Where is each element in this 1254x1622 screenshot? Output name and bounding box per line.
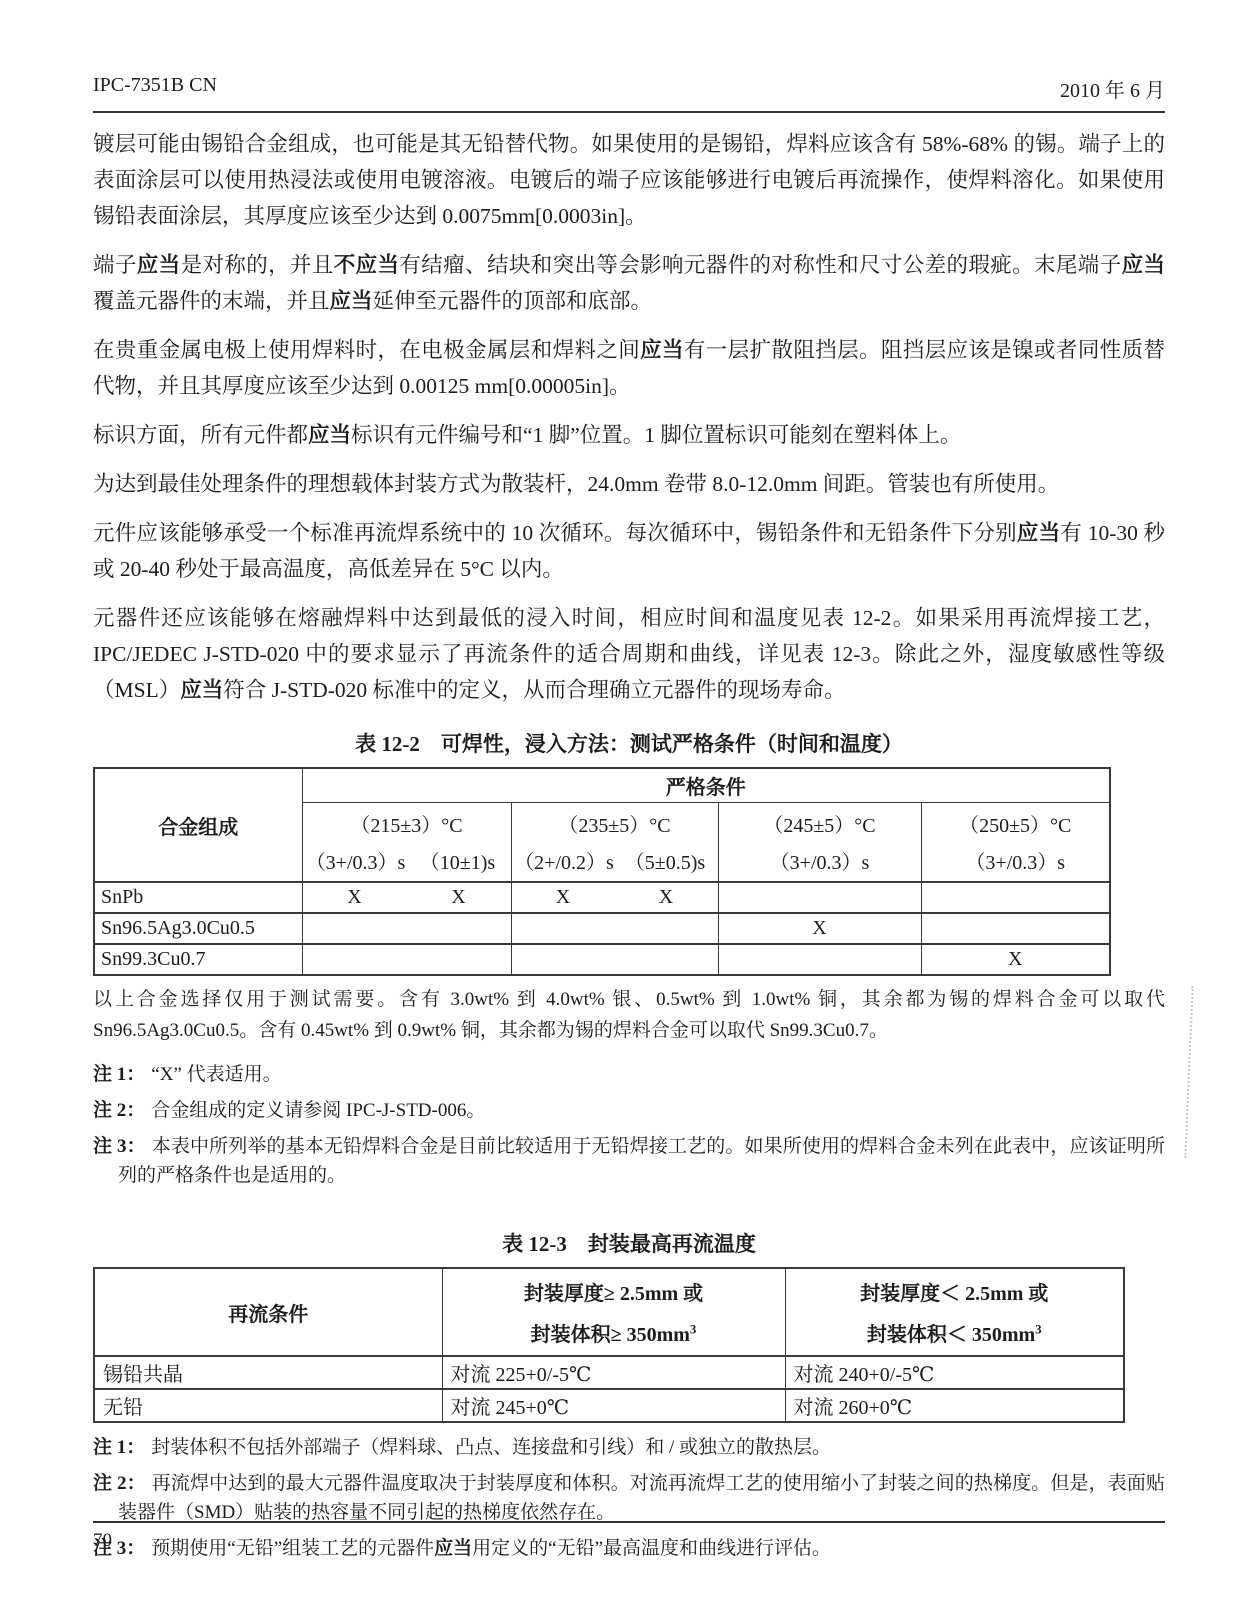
note-label: 注 1： [93, 1064, 145, 1085]
table-cell [718, 944, 921, 975]
table-12-2-header-245: （245±5）°C （3+/0.3）s [718, 802, 921, 882]
table-12-2-header-250: （250±5）°C （3+/0.3）s [921, 802, 1110, 882]
footer-rule [93, 1521, 1165, 1523]
scan-artifact-dotted-line [1184, 986, 1194, 1158]
table-cell [718, 882, 921, 913]
table-cell [921, 882, 1110, 913]
table-12-2-title: 表 12-2 可焊性，浸入方法：测试严格条件（时间和温度） [93, 728, 1165, 758]
paragraph-reflow-cycles: 元件应该能够承受一个标准再流焊系统中的 10 次循环。每次循环中，锡铅条件和无铅… [93, 515, 1165, 587]
paragraph-marking: 标识方面，所有元件都应当标识有元件编号和“1 脚”位置。1 脚位置标识可能刻在塑… [93, 417, 1165, 453]
table-12-2-header-235: （235±5）°C （2+/0.2）s（5±0.5)s [511, 802, 718, 882]
table-cell: 对流 245+0℃ [442, 1389, 785, 1422]
page-content: IPC-7351B CN 2010 年 6 月 镀层可能由锡铅合金组成，也可能是… [93, 0, 1165, 1563]
reflow-condition: 无铅 [94, 1389, 442, 1422]
table-12-2-header-215: （215±3）°C （3+/0.3）s（10±1)s [302, 802, 511, 882]
paragraph-barrier-layer: 在贵重金属电极上使用焊料时，在电极金属层和焊料之间应当有一层扩散阻挡层。阻挡层应… [93, 332, 1165, 404]
note-item: 注 3：本表中所列举的基本无铅焊料合金是目前比较适用于无铅焊接工艺的。如果所使用… [93, 1132, 1165, 1190]
table-row-sn99: Sn99.3Cu0.7 X [94, 944, 1110, 975]
table-row-sn96: Sn96.5Ag3.0Cu0.5 X [94, 913, 1110, 944]
page-number: 70 [93, 1530, 112, 1552]
note-label: 注 2： [93, 1100, 145, 1121]
table-12-3-col1-header: 封装厚度≥ 2.5mm 或 封装体积≥ 350mm3 [442, 1268, 785, 1356]
table-cell [921, 913, 1110, 944]
table-row-snpb-eutectic: 锡铅共晶 对流 225+0/-5℃ 对流 240+0/-5℃ [94, 1356, 1124, 1389]
table-12-3-col0-header: 再流条件 [94, 1268, 442, 1356]
table-12-2: 合金组成 严格条件 （215±3）°C （3+/0.3）s（10±1)s （23… [93, 767, 1111, 976]
note-label: 注 2： [93, 1473, 146, 1494]
note-item: 注 2：合金组成的定义请参阅 IPC-J-STD-006。 [93, 1096, 1165, 1125]
table-12-2-group-header: 严格条件 [302, 768, 1110, 802]
note-item: 注 1：封装体积不包括外部端子（焊料球、凸点、连接盘和引线）和 / 或独立的散热… [93, 1433, 1165, 1462]
note-item: 注 3：预期使用“无铅”组装工艺的元器件应当用定义的“无铅”最高温度和曲线进行评… [93, 1534, 1165, 1563]
table-12-3-col2-header: 封装厚度＜ 2.5mm 或 封装体积＜ 350mm3 [785, 1268, 1124, 1356]
table-12-3: 再流条件 封装厚度≥ 2.5mm 或 封装体积≥ 350mm3 封装厚度＜ 2.… [93, 1267, 1125, 1423]
alloy-name: Sn96.5Ag3.0Cu0.5 [94, 913, 302, 944]
table-cell [302, 913, 511, 944]
table-cell: X [921, 944, 1110, 975]
paragraph-carrier-package: 为达到最佳处理条件的理想载体封装方式为散装杆，24.0mm 卷带 8.0-12.… [93, 466, 1165, 502]
table-cell: 对流 260+0℃ [785, 1389, 1124, 1422]
table-row-lead-free: 无铅 对流 245+0℃ 对流 260+0℃ [94, 1389, 1124, 1422]
note-label: 注 1： [93, 1437, 145, 1458]
table-cell: XX [511, 882, 718, 913]
page-header: IPC-7351B CN 2010 年 6 月 [93, 74, 1165, 103]
note-text: 再流焊中达到的最大元器件温度取决于封装厚度和体积。对流再流焊工艺的使用缩小了封装… [118, 1473, 1165, 1523]
table-12-2-notes: 注 1：“X” 代表适用。 注 2：合金组成的定义请参阅 IPC-J-STD-0… [93, 1060, 1165, 1190]
paragraph-immersion-time: 元器件还应该能够在熔融焊料中达到最低的浸入时间，相应时间和温度见表 12-2。如… [93, 600, 1165, 708]
alloy-name: SnPb [94, 882, 302, 913]
table-cell [511, 913, 718, 944]
note-label: 注 3： [93, 1136, 146, 1157]
table-cell: XX [302, 882, 511, 913]
table-cell: X [718, 913, 921, 944]
table-12-3-header-row: 再流条件 封装厚度≥ 2.5mm 或 封装体积≥ 350mm3 封装厚度＜ 2.… [94, 1268, 1124, 1356]
reflow-condition: 锡铅共晶 [94, 1356, 442, 1389]
table-cell [511, 944, 718, 975]
table-row-snpb: SnPb XX XX [94, 882, 1110, 913]
table-12-2-col-header: 合金组成 [94, 768, 302, 882]
note-text: 预期使用“无铅”组装工艺的元器件应当用定义的“无铅”最高温度和曲线进行评估。 [151, 1538, 831, 1559]
table-12-2-footnote: 以上合金选择仅用于测试需要。含有 3.0wt% 到 4.0wt% 银、0.5wt… [93, 984, 1165, 1046]
table-12-3-title: 表 12-3 封装最高再流温度 [93, 1228, 1165, 1258]
table-12-2-group-row: 合金组成 严格条件 [94, 768, 1110, 802]
header-doc-id: IPC-7351B CN [93, 74, 217, 103]
note-text: 封装体积不包括外部端子（焊料球、凸点、连接盘和引线）和 / 或独立的散热层。 [151, 1437, 831, 1458]
paragraph-terminals: 端子应当是对称的，并且不应当有结瘤、结块和突出等会影响元器件的对称性和尺寸公差的… [93, 247, 1165, 319]
note-text: 合金组成的定义请参阅 IPC-J-STD-006。 [151, 1100, 485, 1121]
table-12-3-notes: 注 1：封装体积不包括外部端子（焊料球、凸点、连接盘和引线）和 / 或独立的散热… [93, 1433, 1165, 1563]
note-text: 本表中所列举的基本无铅焊料合金是目前比较适用于无铅焊接工艺的。如果所使用的焊料合… [118, 1136, 1165, 1186]
note-text: “X” 代表适用。 [151, 1064, 281, 1085]
table-cell: 对流 240+0/-5℃ [785, 1356, 1124, 1389]
table-cell [302, 944, 511, 975]
header-rule [93, 111, 1165, 113]
paragraph-plating: 镀层可能由锡铅合金组成，也可能是其无铅替代物。如果使用的是锡铅，焊料应该含有 5… [93, 126, 1165, 234]
alloy-name: Sn99.3Cu0.7 [94, 944, 302, 975]
note-item: 注 1：“X” 代表适用。 [93, 1060, 1165, 1089]
table-cell: 对流 225+0/-5℃ [442, 1356, 785, 1389]
document-page: IPC-7351B CN 2010 年 6 月 镀层可能由锡铅合金组成，也可能是… [0, 0, 1254, 1622]
header-date: 2010 年 6 月 [1060, 74, 1165, 103]
note-item: 注 2：再流焊中达到的最大元器件温度取决于封装厚度和体积。对流再流焊工艺的使用缩… [93, 1469, 1165, 1527]
